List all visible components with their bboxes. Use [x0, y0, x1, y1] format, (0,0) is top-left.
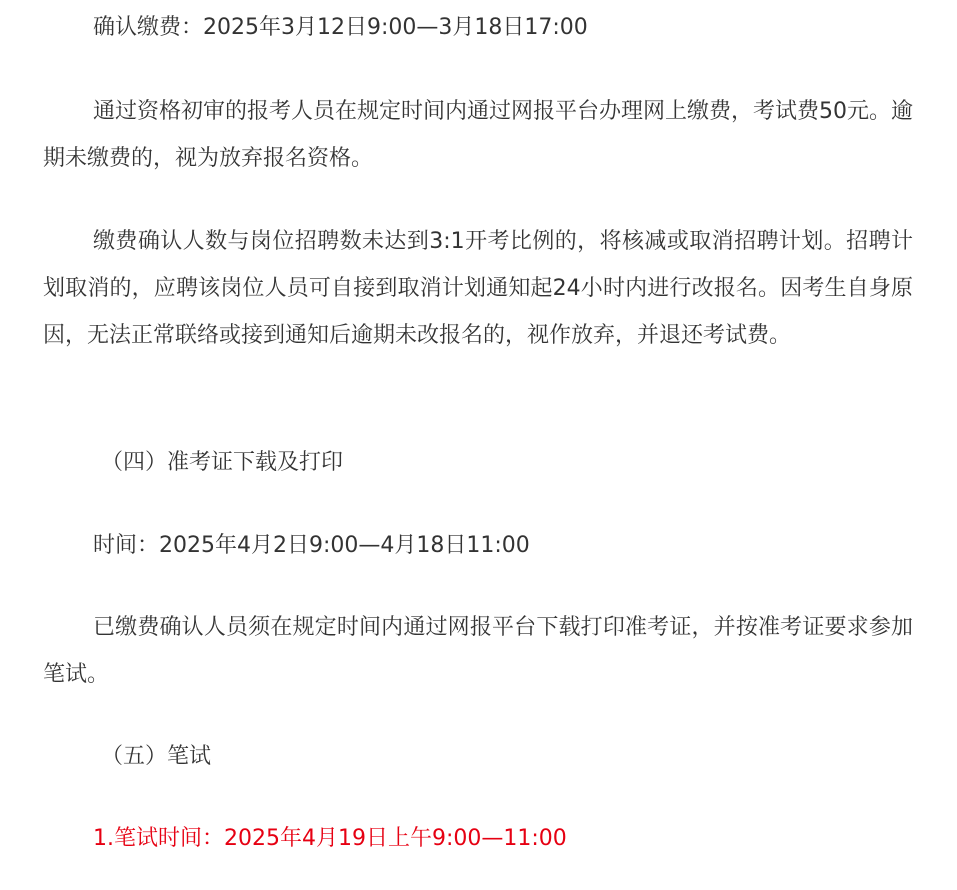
admission-ticket-instructions: 已缴费确认人员须在规定时间内通过网报平台下载打印准考证，并按准考证要求参加笔试。 — [43, 604, 913, 698]
payment-instructions: 通过资格初审的报考人员在规定时间内通过网报平台办理网上缴费，考试费50元。逾期未… — [43, 88, 913, 182]
ratio-cancellation-rules: 缴费确认人数与岗位招聘数未达到3:1开考比例的，将核减或取消招聘计划。招聘计划取… — [43, 218, 913, 359]
section-heading-admission-ticket: （四）准考证下载及打印 — [43, 439, 913, 486]
written-exam-time: 1.笔试时间：2025年4月19日上午9:00—11:00 — [43, 815, 913, 862]
section-heading-written-exam: （五）笔试 — [43, 733, 913, 780]
payment-confirmation-time: 确认缴费：2025年3月12日9:00—3月18日17:00 — [43, 4, 913, 51]
admission-ticket-time: 时间：2025年4月2日9:00—4月18日11:00 — [43, 522, 913, 569]
